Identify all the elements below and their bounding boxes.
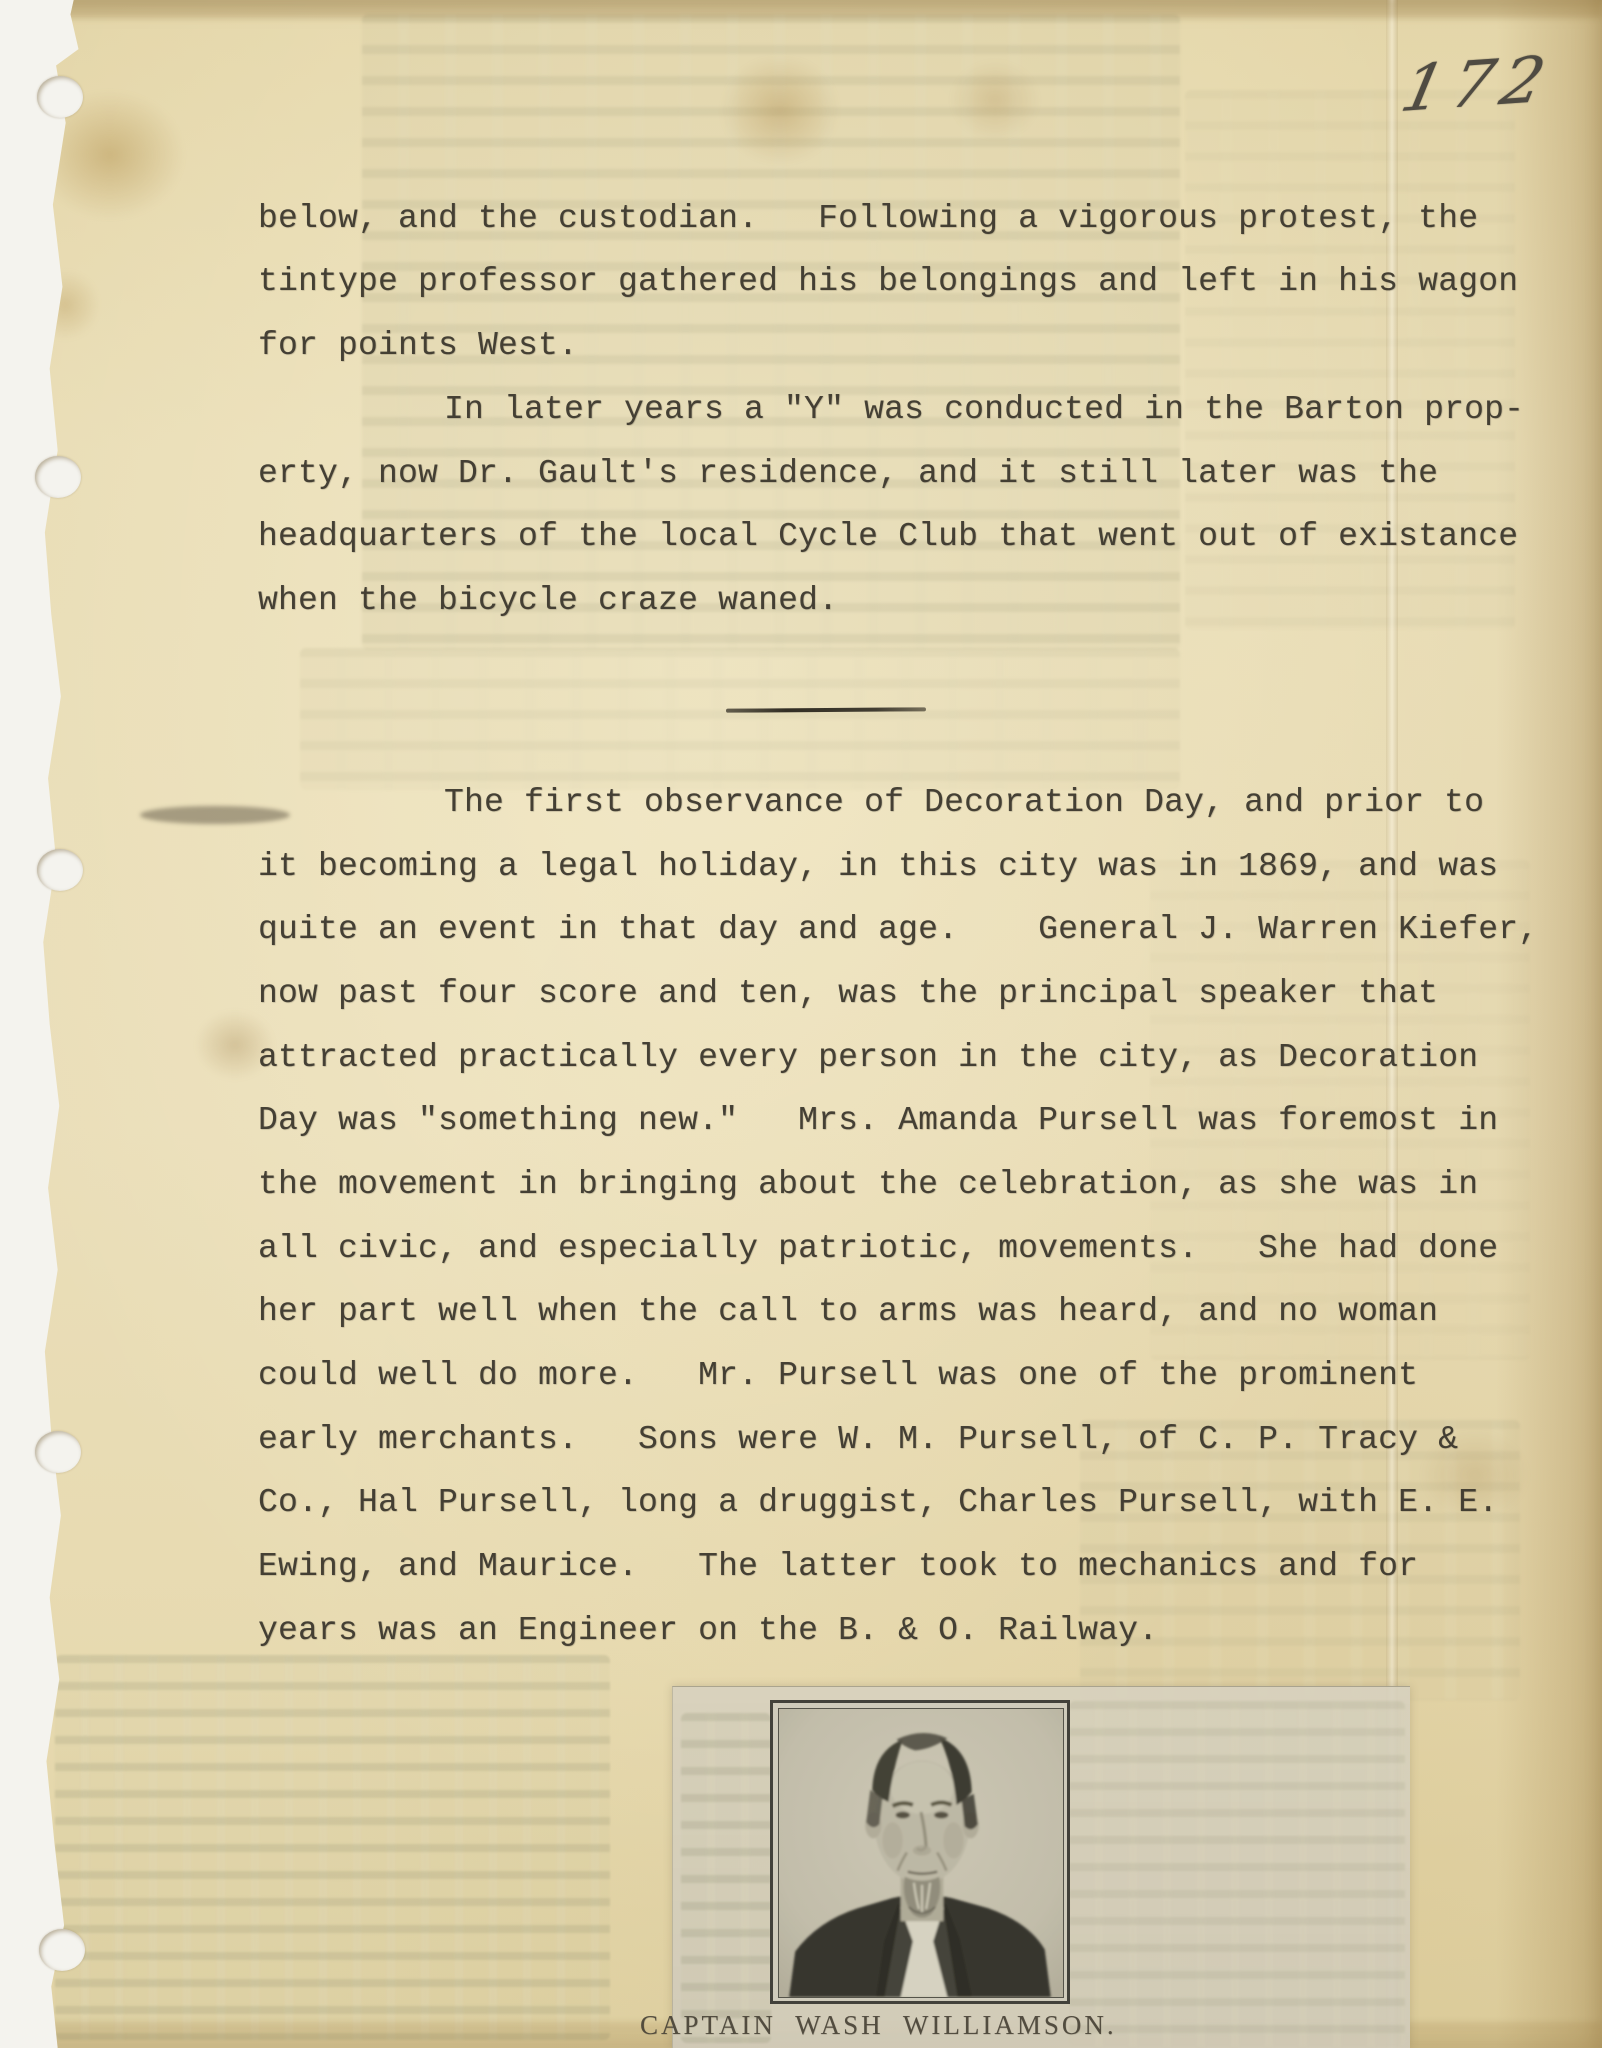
typed-line: it becoming a legal holiday, in this cit… [258, 847, 1498, 887]
typed-line: attracted practically every person in th… [258, 1038, 1478, 1078]
portrait-photo [778, 1708, 1064, 1998]
ghost-text [1069, 1701, 1405, 2046]
typed-line: tintype professor gathered his belonging… [258, 262, 1518, 302]
punch-hole [37, 76, 83, 118]
stain [30, 270, 100, 340]
typed-line: her part well when the call to arms was … [258, 1292, 1438, 1332]
handwritten-page-number: 172 [1395, 43, 1560, 127]
typed-line: early merchants. Sons were W. M. Pursell… [258, 1420, 1458, 1460]
page-edge-shading [1496, 0, 1602, 2048]
portrait-photo-frame [770, 1700, 1070, 2004]
portrait-illustration [779, 1709, 1063, 1997]
typed-line: headquarters of the local Cycle Club tha… [258, 517, 1518, 557]
typed-line: when the bicycle craze waned. [258, 581, 838, 621]
page-edge-shading [0, 0, 1602, 18]
typed-line: years was an Engineer on the B. & O. Rai… [258, 1611, 1158, 1651]
typed-line: could well do more. Mr. Pursell was one … [258, 1356, 1418, 1396]
typed-line: below, and the custodian. Following a vi… [258, 199, 1478, 239]
ghost-text [55, 1655, 610, 2040]
ghost-text [300, 648, 1180, 790]
typed-line: for points West. [258, 326, 578, 366]
photo-caption: CAPTAIN WASH WILLIAMSON. [640, 2010, 1110, 2041]
stain [720, 55, 840, 165]
punch-hole [35, 1431, 81, 1473]
stain [950, 60, 1040, 140]
typed-line: Ewing, and Maurice. The latter took to m… [258, 1547, 1418, 1587]
typed-line: Co., Hal Pursell, long a druggist, Charl… [258, 1483, 1498, 1523]
typed-line: all civic, and especially patriotic, mov… [258, 1229, 1498, 1269]
smudge [140, 806, 290, 824]
typed-line: quite an event in that day and age. Gene… [258, 910, 1538, 950]
paper-sheet: 172 below, and the custodian. Following … [0, 0, 1602, 2048]
punch-hole [39, 1929, 85, 1971]
typed-line: The first observance of Decoration Day, … [444, 783, 1484, 823]
punch-hole [35, 456, 81, 498]
typed-line: the movement in bringing about the celeb… [258, 1165, 1478, 1205]
typed-line: now past four score and ten, was the pri… [258, 974, 1438, 1014]
ghost-text [681, 1713, 771, 2043]
scanned-page: { "document": { "page_number": "172", "p… [0, 0, 1602, 2048]
typed-line: In later years a "Y" was conducted in th… [444, 390, 1524, 430]
punch-hole [37, 849, 83, 891]
typed-line: erty, now Dr. Gault's residence, and it … [258, 454, 1438, 494]
typed-line: Day was "something new." Mrs. Amanda Pur… [258, 1101, 1498, 1141]
